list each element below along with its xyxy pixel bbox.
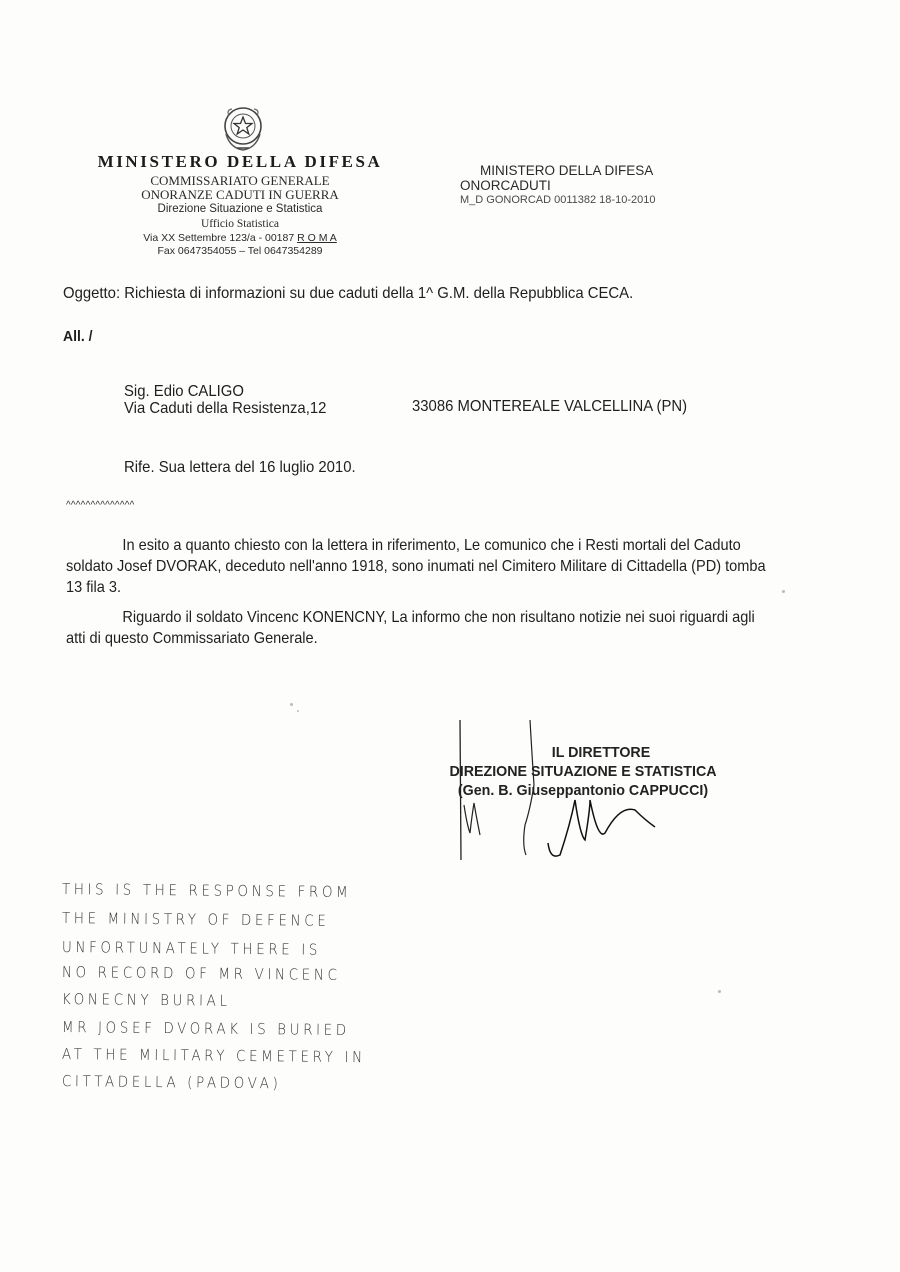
recipient-city: 33086 MONTEREALE VALCELLINA (PN) bbox=[412, 398, 687, 416]
body-paragraph-text: In esito a quanto chiesto con la lettera… bbox=[66, 537, 766, 596]
letterhead-line-4: Ufficio Statistica bbox=[70, 218, 410, 230]
body-paragraph-text: Riguardo il soldato Vincenc KONENCNY, La… bbox=[66, 609, 755, 647]
separator-line: ^^^^^^^^^^^^^^ bbox=[66, 500, 135, 511]
letterhead-address-city: R O M A bbox=[297, 232, 337, 244]
body-paragraph: Riguardo il soldato Vincenc KONENCNY, La… bbox=[66, 607, 776, 649]
handwritten-signature-icon bbox=[430, 715, 710, 875]
protocol-stamp-line-2: ONORCADUTI bbox=[460, 178, 551, 193]
scan-speck bbox=[782, 590, 785, 593]
body-paragraph: In esito a quanto chiesto con la lettera… bbox=[66, 535, 776, 598]
italian-republic-emblem-icon bbox=[220, 104, 266, 154]
handwritten-note-line: KONECNY BURIAL bbox=[62, 990, 231, 1010]
handwritten-note-line: THE MINISTRY OF DEFENCE bbox=[62, 909, 330, 930]
scan-speck bbox=[290, 703, 293, 706]
reference-line: Rife. Sua lettera del 16 luglio 2010. bbox=[124, 459, 356, 477]
letterhead-line-2: ONORANZE CADUTI IN GUERRA bbox=[70, 187, 410, 203]
letterhead-title: MINISTERO DELLA DIFESA bbox=[70, 152, 410, 172]
handwritten-note-line: AT THE MILITARY CEMETERY IN bbox=[62, 1045, 366, 1066]
handwritten-note-line: THIS IS THE RESPONSE FROM bbox=[62, 880, 352, 901]
letterhead-address: Via XX Settembre 123/a - 00187 R O M A bbox=[70, 232, 410, 244]
handwritten-note-line: CITTADELLA (PADOVA) bbox=[62, 1072, 282, 1092]
recipient-name: Sig. Edio CALIGO bbox=[124, 383, 244, 401]
scan-speck bbox=[718, 990, 721, 993]
handwritten-note-line: UNFORTUNATELY THERE IS bbox=[62, 938, 321, 959]
letterhead-contacts: Fax 0647354055 – Tel 0647354289 bbox=[70, 245, 410, 257]
subject-line: Oggetto: Richiesta di informazioni su du… bbox=[63, 285, 633, 303]
attachments-line: All. / bbox=[63, 328, 92, 345]
letterhead-address-street: Via XX Settembre 123/a - 00187 bbox=[143, 232, 297, 244]
scan-speck bbox=[297, 710, 299, 712]
protocol-stamp-line-1: MINISTERO DELLA DIFESA bbox=[480, 163, 653, 178]
handwritten-note-line: NO RECORD OF MR VINCENC bbox=[62, 963, 341, 984]
letterhead-line-3: Direzione Situazione e Statistica bbox=[70, 203, 410, 215]
handwritten-note-line: MR JOSEF DVORAK IS BURIED bbox=[62, 1018, 350, 1039]
protocol-stamp-number: M_D GONORCAD 0011382 18-10-2010 bbox=[460, 194, 655, 206]
recipient-street: Via Caduti della Resistenza,12 bbox=[124, 400, 326, 418]
